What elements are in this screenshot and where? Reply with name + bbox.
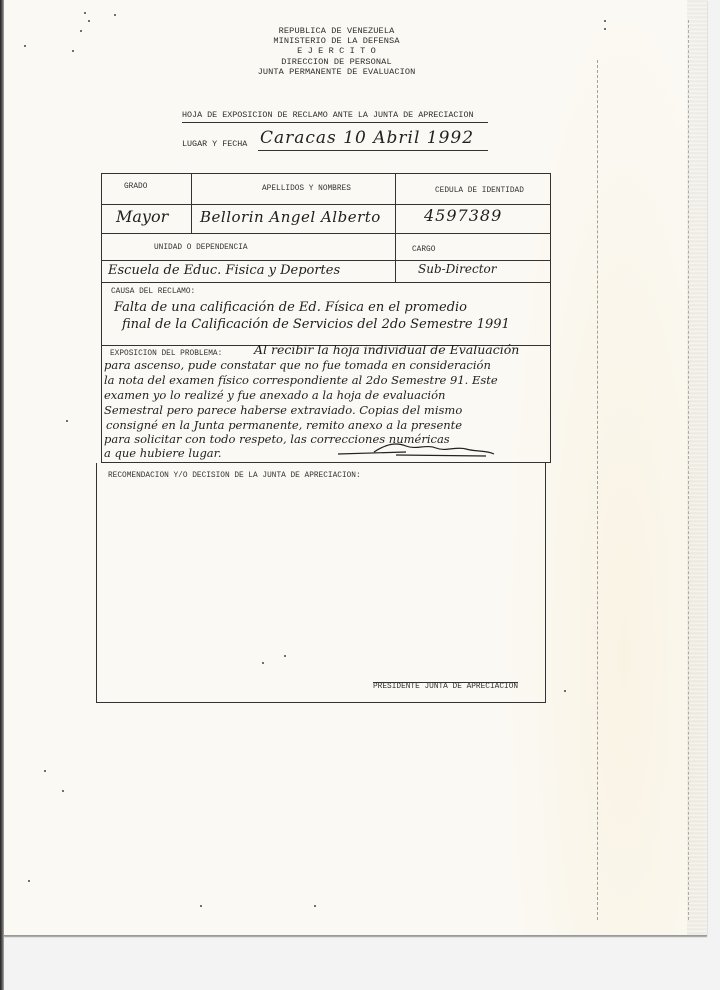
table-divider [102, 204, 550, 205]
table-divider [395, 174, 396, 282]
table-divider [102, 233, 550, 234]
cedula-value: 4597389 [424, 206, 502, 225]
unidad-value: Escuela de Educ. Fisica y Deportes [108, 263, 340, 278]
scan-speck [604, 28, 606, 30]
scan-speck [62, 790, 64, 792]
presidente-signature-label: PRESIDENTE JUNTA DE APRECIACION [373, 683, 518, 691]
letterhead-line: REPUBLICA DE VENEZUELA [234, 26, 439, 36]
scan-speck [114, 14, 116, 16]
exposicion-line: para ascenso, pude constatar que no fue … [104, 358, 491, 372]
scan-speck [24, 45, 26, 47]
place-date-label: LUGAR Y FECHA [182, 139, 247, 149]
letterhead-line: DIRECCION DE PERSONAL [234, 57, 439, 67]
causa-line: Falta de una calificación de Ed. Física … [114, 300, 467, 315]
place-date-value: Caracas 10 Abril 1992 [258, 128, 488, 151]
causa-line: final de la Calificación de Servicios de… [122, 317, 510, 332]
exposicion-first-line: Al recibir la hoja individual de Evaluac… [254, 342, 519, 357]
scan-speck [80, 30, 82, 32]
table-divider [102, 282, 550, 283]
scan-speck [44, 770, 46, 772]
scan-speck [66, 420, 68, 422]
signature [336, 440, 496, 458]
unidad-label: UNIDAD O DEPENDENCIA [154, 244, 248, 252]
cedula-label: CEDULA DE IDENTIDAD [435, 187, 524, 195]
scan-speck [84, 12, 86, 14]
scan-speck [88, 20, 90, 22]
exposicion-label: EXPOSICION DEL PROBLEMA: [110, 350, 222, 358]
scan-speck [28, 880, 30, 882]
exposicion-line: a que hubiere lugar. [104, 446, 222, 460]
recomendacion-label: RECOMENDACION Y/O DECISION DE LA JUNTA D… [108, 472, 361, 480]
exposicion-line: examen yo lo realizé y fue anexado a la … [104, 388, 445, 402]
exposicion-line: Semestral pero parece haberse extraviado… [104, 403, 462, 417]
cargo-label: CARGO [412, 246, 435, 254]
letterhead-line: E J E R C I T O [234, 46, 439, 56]
table-divider [102, 260, 550, 261]
exposicion-line: consigné en la Junta permanente, remito … [106, 418, 462, 432]
scan-speck [72, 50, 74, 52]
cargo-value: Sub-Director [418, 262, 497, 276]
letterhead-line: JUNTA PERMANENTE DE EVALUACION [234, 67, 439, 77]
table-divider [191, 174, 192, 233]
fold-line [597, 60, 598, 920]
claim-form-table: GRADO APELLIDOS Y NOMBRES CEDULA DE IDEN… [101, 173, 551, 463]
scan-speck [200, 905, 202, 907]
recommendation-box: RECOMENDACION Y/O DECISION DE LA JUNTA D… [96, 463, 546, 703]
form-title: HOJA DE EXPOSICION DE RECLAMO ANTE LA JU… [182, 110, 488, 123]
exposicion-line: la nota del examen físico correspondient… [104, 373, 498, 387]
scan-speck [314, 905, 316, 907]
apellidos-nombres-label: APELLIDOS Y NOMBRES [262, 185, 351, 193]
letterhead-line: MINISTERIO DE LA DEFENSA [234, 36, 439, 46]
letterhead: REPUBLICA DE VENEZUELA MINISTERIO DE LA … [234, 26, 439, 77]
apellidos-nombres-value: Bellorin Angel Alberto [200, 208, 381, 226]
grado-value: Mayor [116, 207, 168, 226]
scan-speck [604, 20, 606, 22]
causa-label: CAUSA DEL RECLAMO: [111, 288, 195, 296]
grado-label: GRADO [124, 183, 147, 191]
fold-line [688, 20, 689, 920]
scan-speck [564, 690, 566, 692]
